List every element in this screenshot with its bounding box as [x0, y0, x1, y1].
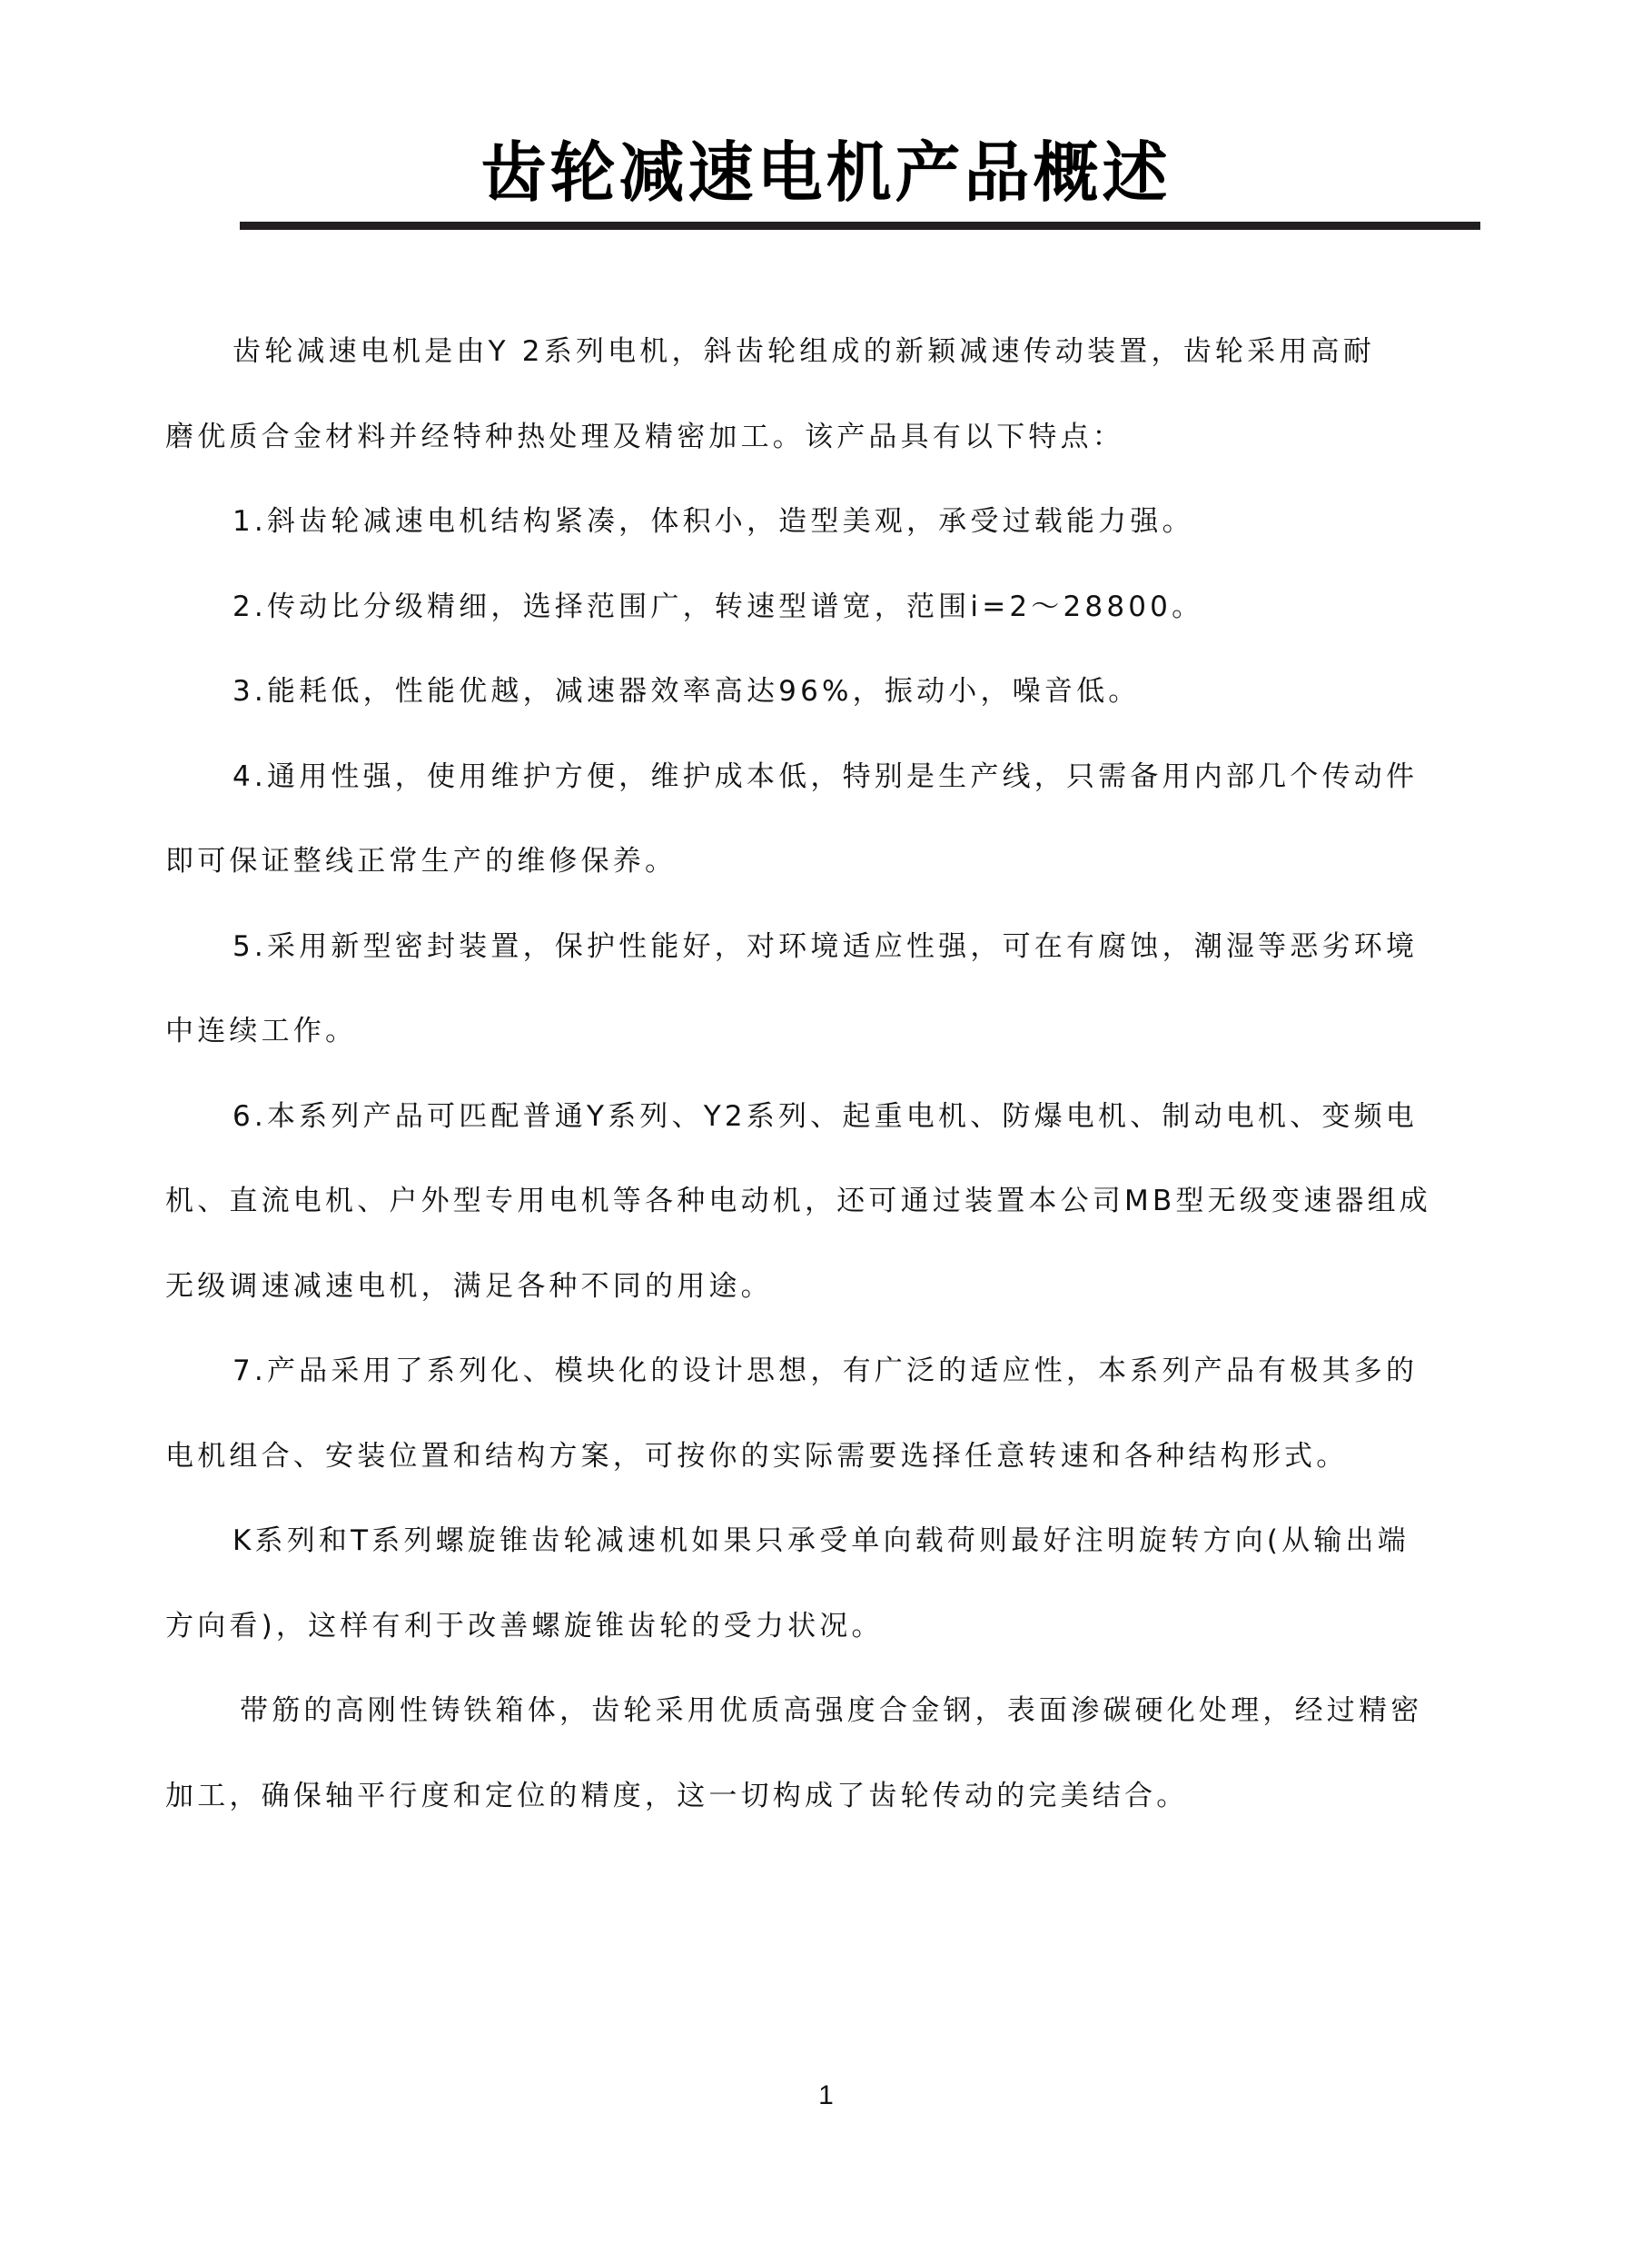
feature-7-line-1: 7.产品采用了系列化、模块化的设计思想，有广泛的适应性，本系列产品有极其多的	[165, 1342, 1464, 1427]
feature-4-line-2: 即可保证整线正常生产的维修保养。	[165, 832, 1464, 918]
document-body: 齿轮减速电机是由Y 2系列电机，斜齿轮组成的新颖减速传动装置，齿轮采用高耐 磨优…	[165, 323, 1464, 1851]
kt-series-note-line-1: K系列和T系列螺旋锥齿轮减速机如果只承受单向载荷则最好注明旋转方向(从输出端	[165, 1512, 1464, 1597]
page-number: 1	[0, 2080, 1652, 2111]
feature-6-line-2: 机、直流电机、户外型专用电机等各种电动机，还可通过装置本公司MB型无级变速器组成	[165, 1172, 1464, 1257]
feature-6-line-3: 无级调速减速电机，满足各种不同的用途。	[165, 1257, 1464, 1343]
housing-note-line-1: 带筋的高刚性铸铁箱体，齿轮采用优质高强度合金钢，表面渗碳硬化处理，经过精密	[165, 1682, 1464, 1767]
page-title: 齿轮减速电机产品概述	[0, 127, 1652, 218]
housing-note-line-2: 加工，确保轴平行度和定位的精度，这一切构成了齿轮传动的完美结合。	[165, 1767, 1464, 1852]
feature-7-line-2: 电机组合、安装位置和结构方案，可按你的实际需要选择任意转速和各种结构形式。	[165, 1427, 1464, 1513]
feature-5-line-2: 中连续工作。	[165, 1002, 1464, 1087]
kt-series-note-line-2: 方向看)，这样有利于改善螺旋锥齿轮的受力状况。	[165, 1597, 1464, 1682]
feature-4-line-1: 4.通用性强，使用维护方便，维护成本低，特别是生产线，只需备用内部几个传动件	[165, 748, 1464, 833]
feature-3: 3.能耗低，性能优越，减速器效率高达96%，振动小，噪音低。	[165, 662, 1464, 748]
intro-line-1: 齿轮减速电机是由Y 2系列电机，斜齿轮组成的新颖减速传动装置，齿轮采用高耐	[165, 323, 1464, 408]
feature-5-line-1: 5.采用新型密封装置，保护性能好，对环境适应性强，可在有腐蚀，潮湿等恶劣环境	[165, 918, 1464, 1003]
feature-2: 2.传动比分级精细，选择范围广，转速型谱宽，范围i=2～28800。	[165, 578, 1464, 663]
intro-line-2: 磨优质合金材料并经特种热处理及精密加工。该产品具有以下特点：	[165, 408, 1464, 493]
title-underline-divider	[240, 222, 1480, 230]
feature-1: 1.斜齿轮减速电机结构紧凑，体积小，造型美观，承受过载能力强。	[165, 492, 1464, 578]
feature-6-line-1: 6.本系列产品可匹配普通Y系列、Y2系列、起重电机、防爆电机、制动电机、变频电	[165, 1087, 1464, 1173]
